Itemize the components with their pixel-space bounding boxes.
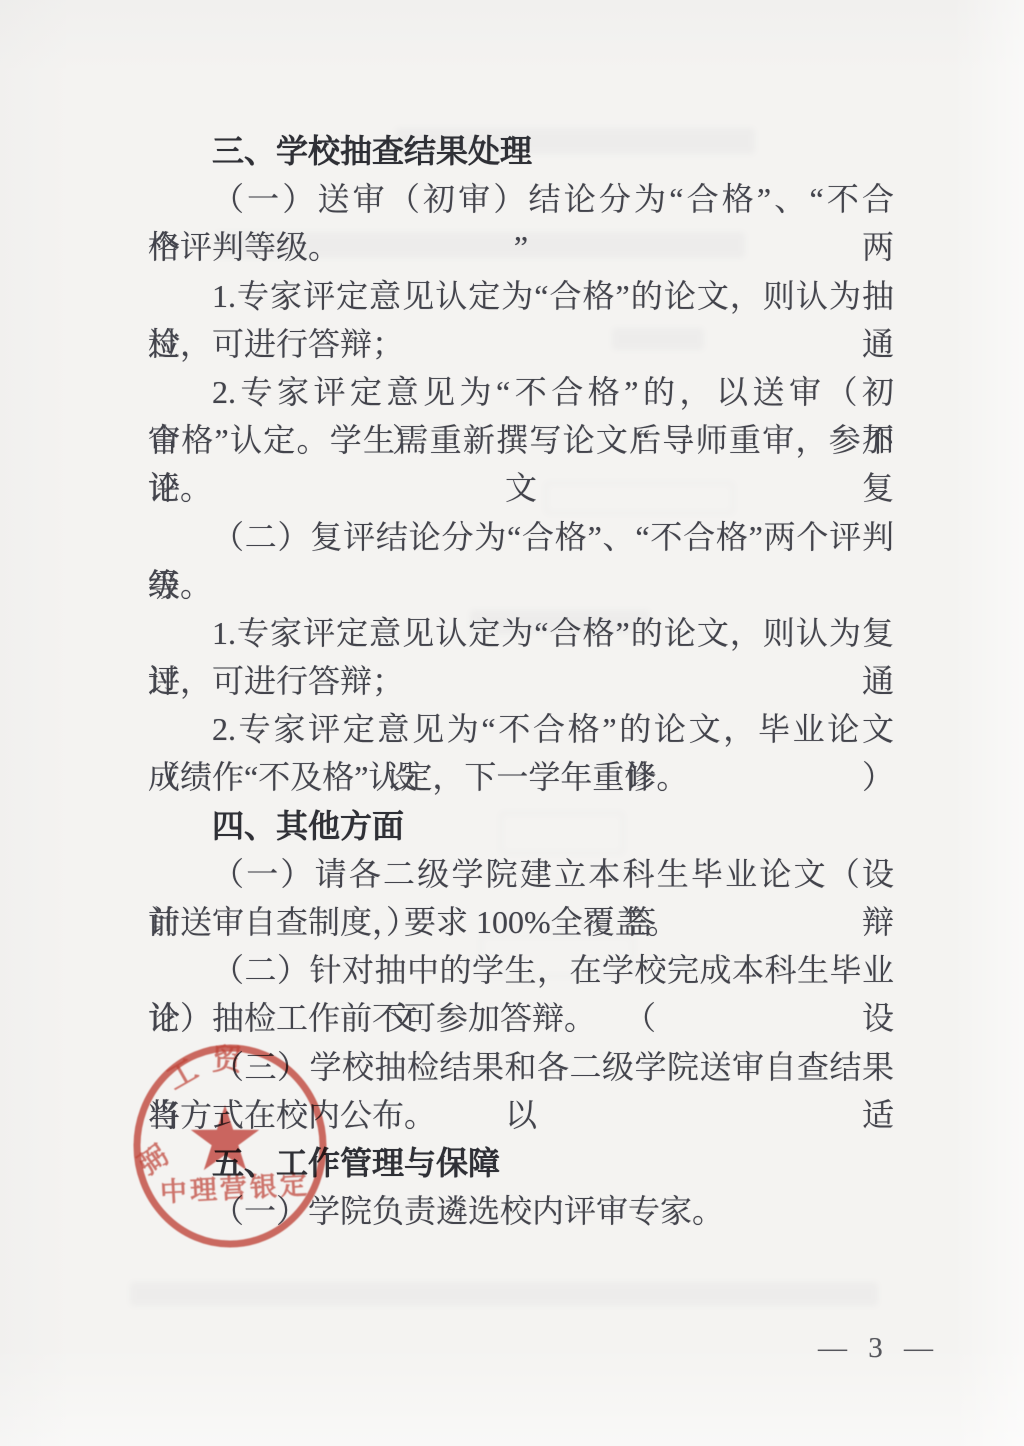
doc-line: 级。 (148, 561, 894, 609)
doc-line: （二）针对抽中的学生，在学校完成本科生毕业论文（设 (148, 946, 894, 994)
doc-line: 1.专家评定意见认定为“合格”的论文，则认为抽检通 (148, 272, 894, 320)
page-number: — 3 — (818, 1332, 940, 1365)
star-icon (191, 1105, 259, 1170)
doc-line: 2.专家评定意见为“不合格”的论文，毕业论文（设计） (148, 705, 894, 753)
seal-bottom-text: 中理营银定 (159, 1169, 310, 1208)
bleed-through-ghost (130, 1282, 878, 1306)
doc-line: 2.专家评定意见为“不合格”的，以送审（初审）“不 (148, 368, 894, 416)
scanned-document-page: 三、学校抽查结果处理 （一）送审（初审）结论分为“合格”、“不合格”两 个评判等… (0, 0, 1024, 1446)
doc-line: 合格”认定。学生需重新撰写论文后导师重审，参加论文复 (148, 416, 894, 464)
section-heading: 三、学校抽查结果处理 (148, 127, 894, 175)
official-seal-stamp: 工贸 弼 中理营银定 (126, 1040, 338, 1256)
doc-line: （一）送审（初审）结论分为“合格”、“不合格”两 (148, 175, 894, 223)
doc-line: （二）复评结论分为“合格”、“不合格”两个评判等 (148, 513, 894, 561)
doc-line: 1.专家评定意见认定为“合格”的论文，则认为复评通 (148, 609, 894, 657)
section-heading: 四、其他方面 (148, 802, 894, 850)
doc-line: （一）请各二级学院建立本科生毕业论文（设计）答辩 (148, 850, 894, 898)
